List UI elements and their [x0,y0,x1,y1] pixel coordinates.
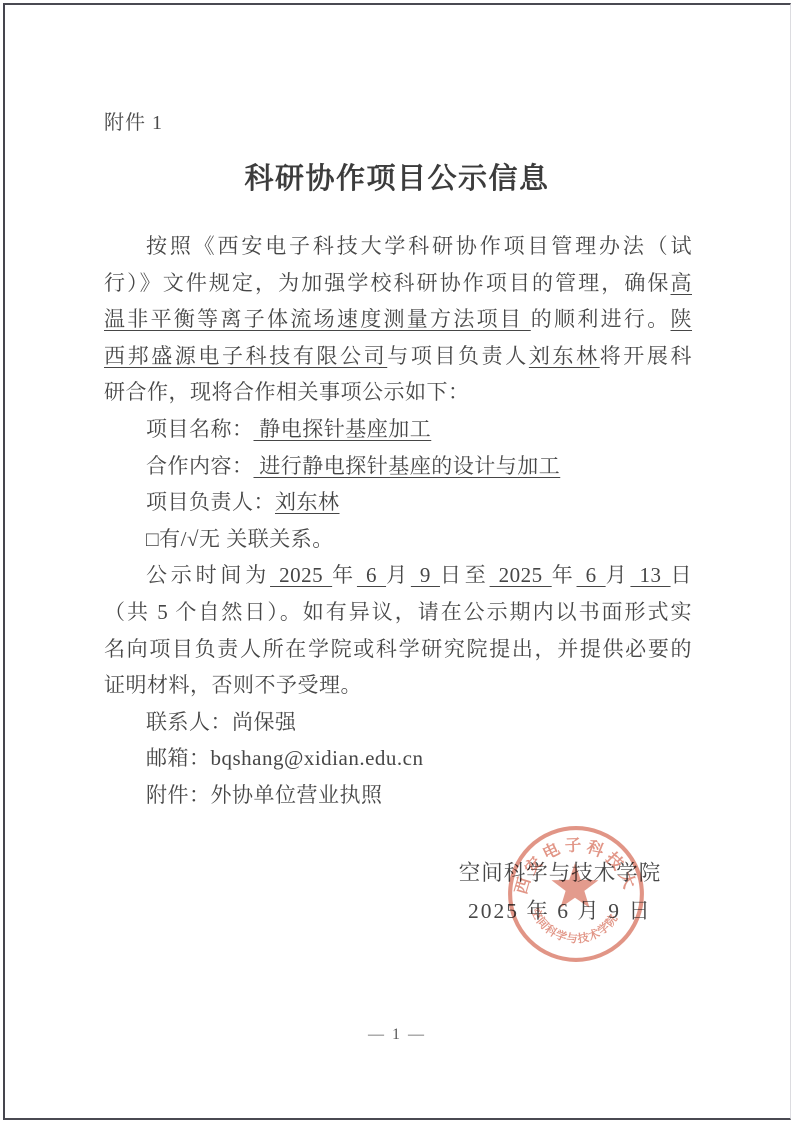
body-line: 附件：外协单位营业执照 [104,777,692,814]
body-text: 项目负责人： [146,490,275,514]
body-text: 附件：外协单位营业执照 [146,783,383,807]
body-line: 西邦盛源电子科技有限公司与项目负责人刘东林将开展科 [104,338,692,375]
body-text: （共 5 个自然日）。如有异议，请在公示期内以书面形式实 [104,600,692,624]
page-number: — 1 — [0,1026,794,1044]
body-text-underlined: 进行静电探针基座的设计与加工 [254,454,561,478]
body-text: 邮箱：bqshang@xidian.edu.cn [146,746,423,770]
body-text: 研合作，现将合作相关事项公示如下： [104,380,470,404]
body-line: 项目名称： 静电探针基座加工 [104,411,692,448]
body-line: 公示时间为 2025 年 6 月 9 日至 2025 年 6 月 13 日 [104,557,692,594]
body-line: □有/√无 关联关系。 [104,521,692,558]
body-text-underlined: 9 [411,563,440,587]
body-line: 温非平衡等离子体流场速度测量方法项目 的顺利进行。陕 [104,301,692,338]
body-text-underlined: 6 [357,563,386,587]
attachment-label: 附件 1 [104,106,163,135]
body-text: 年 [552,563,577,587]
body-line: 项目负责人：刘东林 [104,484,692,521]
body-text: 联系人：尚保强 [146,710,297,734]
body-text: 月 [606,563,631,587]
body-text: 合作内容： [146,454,254,478]
body-text: 日 [671,563,693,587]
body-text-underlined: 13 [630,563,670,587]
body-text-underlined: 陕 [671,307,693,331]
body-text-underlined: 刘东林 [275,490,340,514]
body-text: □有/√无 关联关系。 [146,527,334,551]
body-text-underlined: 2025 [490,563,552,587]
body-line: 按照《西安电子科技大学科研协作项目管理办法（试 [104,228,692,265]
body-text: 项目名称： [146,417,254,441]
body-line: 行）》文件规定，为加强学校科研协作项目的管理，确保高 [104,265,692,302]
body-text: 按照《西安电子科技大学科研协作项目管理办法（试 [146,234,692,258]
page-title: 科研协作项目公示信息 [0,156,794,197]
body-line: 名向项目负责人所在学院或科学研究院提出，并提供必要的 [104,631,692,668]
body-text-underlined: 6 [577,563,606,587]
body-text: 行）》文件规定，为加强学校科研协作项目的管理，确保 [104,271,671,295]
body-text-underlined: 温非平衡等离子体流场速度测量方法项目 [104,307,531,331]
signature-block: 空间科学与技术学院 2025 年 6 月 9 日 [438,858,682,926]
body-text: 将开展科 [600,344,692,368]
body-line: 研合作，现将合作相关事项公示如下： [104,374,692,411]
body-text: 年 [332,563,357,587]
body-text-underlined: 静电探针基座加工 [254,417,432,441]
body-text: 与项目负责人 [387,344,529,368]
body-text: 日至 [440,563,490,587]
signature-date: 2025 年 6 月 9 日 [438,896,682,926]
body-text-underlined: 2025 [270,563,332,587]
body-line: （共 5 个自然日）。如有异议，请在公示期内以书面形式实 [104,594,692,631]
body-text: 证明材料，否则不予受理。 [104,673,362,697]
body-line: 联系人：尚保强 [104,704,692,741]
document-body: 按照《西安电子科技大学科研协作项目管理办法（试行）》文件规定，为加强学校科研协作… [104,228,692,814]
body-line: 证明材料，否则不予受理。 [104,667,692,704]
body-text: 公示时间为 [146,563,270,587]
body-line: 合作内容： 进行静电探针基座的设计与加工 [104,448,692,485]
body-text-underlined: 高 [671,271,693,295]
body-line: 邮箱：bqshang@xidian.edu.cn [104,740,692,777]
body-text-underlined: 西邦盛源电子科技有限公司 [104,344,387,368]
signature-org: 空间科学与技术学院 [438,858,682,888]
body-text-underlined: 刘东林 [529,344,600,368]
body-text: 名向项目负责人所在学院或科学研究院提出，并提供必要的 [104,637,692,661]
body-text: 月 [386,563,411,587]
body-text: 的顺利进行。 [531,307,671,331]
